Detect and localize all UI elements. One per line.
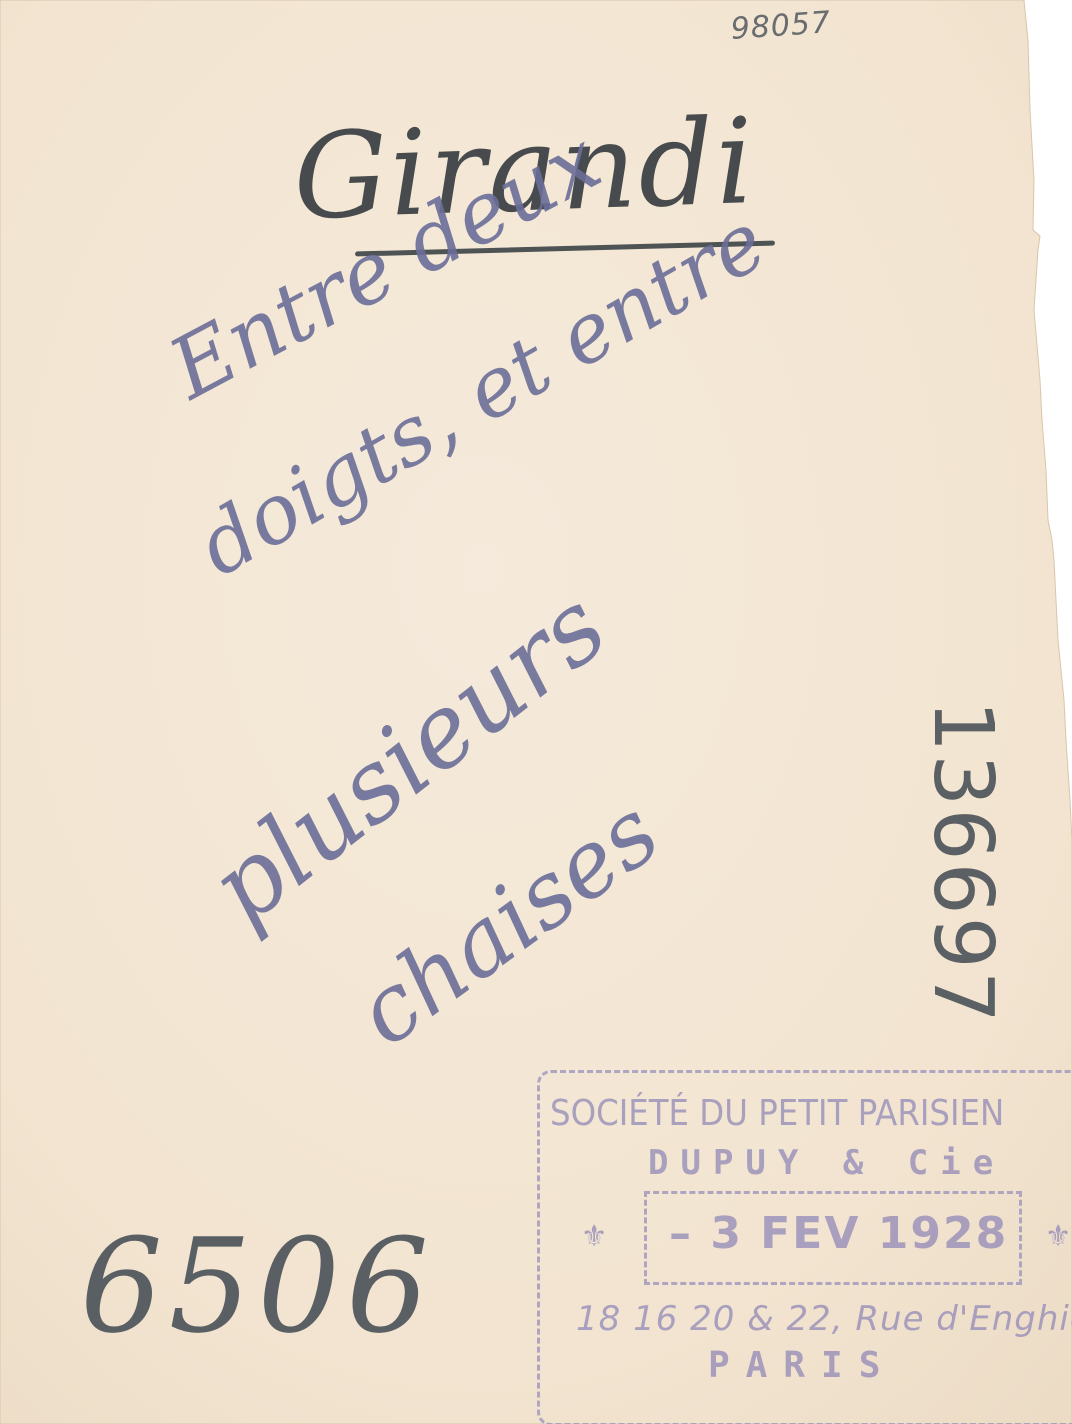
fleur-de-lis-icon: ⚜ [1048,1215,1068,1255]
stamp-date-box: – 3 FEV 1928 [644,1191,1022,1285]
fleur-de-lis-icon: ⚜ [584,1215,604,1255]
stamp-address: 18 16 20 & 22, Rue d'Enghien [576,1299,1072,1339]
archive-number-rotated: 136697 [915,700,1010,1025]
stamp-company: SOCIÉTÉ DU PETIT PARISIEN [550,1093,1004,1134]
photo-number: 6506 [80,1210,435,1362]
agency-stamp: SOCIÉTÉ DU PETIT PARISIEN DUPUY & Cie ⚜ … [537,1070,1072,1424]
document-page: 98057 Girandi Entre deux doigts, et entr… [0,0,1072,1424]
stamp-publisher: DUPUY & Cie [648,1143,1005,1183]
stamp-city: PARIS [708,1345,896,1386]
stamp-date: – 3 FEV 1928 [669,1208,1008,1259]
reference-number: 98057 [730,5,833,47]
